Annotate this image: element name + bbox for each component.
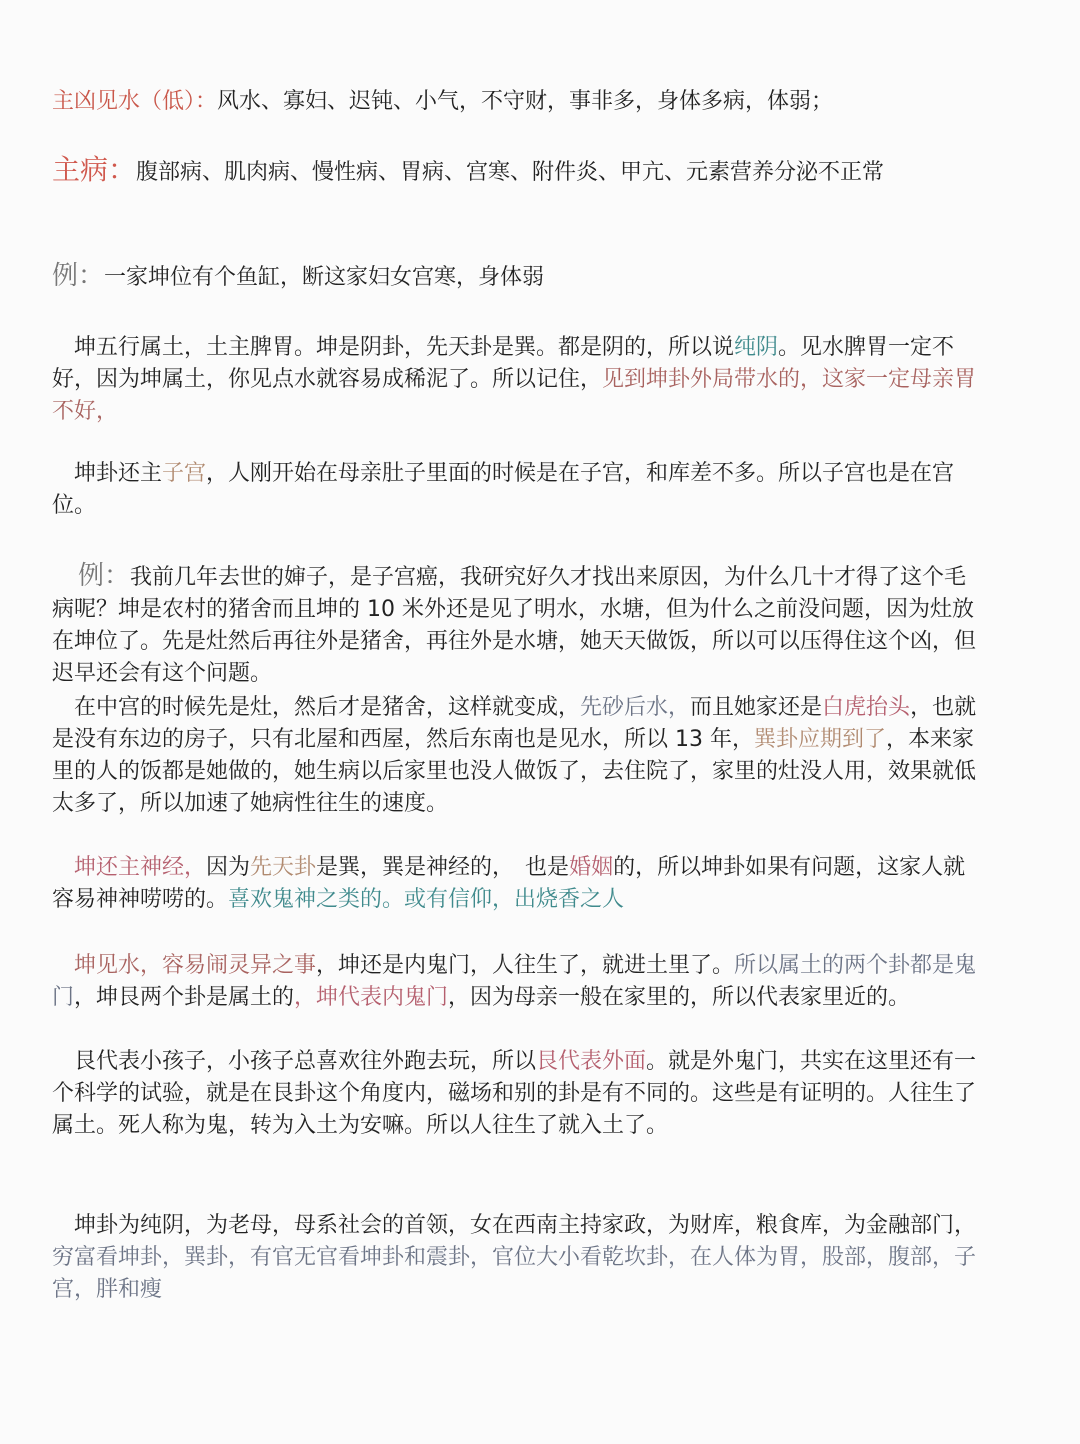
label-example: 例： [52, 561, 130, 591]
paragraph-kun-nerves: 坤还主神经，因为先天卦是巽，巽是神经的， 也是婚姻的，所以坤卦如果有问题，这家人… [52, 852, 982, 916]
label-example: 例： [52, 261, 104, 291]
paragraph-kun-womb: 坤卦还主子宫，人刚开始在母亲肚子里面的时候是在子宫，和库差不多。所以子宫也是在宫… [52, 458, 982, 522]
highlight-wealth-office: 穷富看坤卦，巽卦，有官无官看坤卦和震卦，官位大小看乾坎卦，在人体为胃，股部，腹部… [52, 1245, 976, 1302]
paragraph-kun-pure-yin: 坤卦为纯阴，为老母，母系社会的首领，女在西南主持家政，为财库，粮食库，为金融部门… [52, 1210, 982, 1306]
highlight-womb: 子宫 [162, 461, 206, 486]
text-seg: ，坤还是内鬼门，人往生了，就进土里了。 [316, 953, 734, 978]
text-seg: ，因为母亲一般在家里的，所以代表家里近的。 [448, 985, 910, 1010]
text-seg: 因为 [206, 855, 250, 880]
highlight-inner-ghost-gate: ，坤代表内鬼门 [294, 985, 448, 1010]
text-seg: 而且她家还是 [690, 695, 822, 720]
highlight-xun-period: 巽卦应期到了 [754, 727, 886, 752]
paragraph-main-misfortune: 主凶见水（低）：风水、寡妇、迟钝、小气，不守财，事非多，身体多病，体弱； [52, 86, 982, 118]
text-example-2: 我前几年去世的婶子，是子宫癌，我研究好久才找出来原因，为什么几十才得了这个毛病呢… [52, 565, 976, 686]
highlight-supernatural: 坤见水，容易闹灵异之事 [52, 953, 316, 978]
text-seg: 坤卦为纯阴，为老母，母系社会的首领，女在西南主持家政，为财库，粮食库，为金融部门… [52, 1213, 976, 1238]
highlight-sand-before-water: 先砂后水， [580, 695, 690, 720]
text-seg: 坤五行属土，土主脾胃。坤是阴卦，先天卦是巽。都是阴的，所以说 [52, 335, 734, 360]
label-main-disease: 主病： [52, 153, 136, 186]
highlight-gen-outside: 艮代表外面 [536, 1049, 646, 1074]
text-seg: 在中宫的时候先是灶，然后才是猪舍，这样就变成， [52, 695, 580, 720]
paragraph-gen-child: 艮代表小孩子，小孩子总喜欢往外跑去玩，所以艮代表外面。就是外鬼门，共实在这里还有… [52, 1046, 982, 1142]
paragraph-center-palace: 在中宫的时候先是灶，然后才是猪舍，这样就变成，先砂后水，而且她家还是白虎抬头，也… [52, 692, 982, 820]
text-seg: 是巽，巽是神经的， 也是 [316, 855, 569, 880]
label-main-misfortune: 主凶见水（低）： [52, 89, 217, 114]
highlight-prenatal-trigram: 先天卦 [250, 855, 316, 880]
paragraph-kun-earth: 坤五行属土，土主脾胃。坤是阴卦，先天卦是巽。都是阴的，所以说纯阴。见水脾胃一定不… [52, 332, 982, 428]
paragraph-example-1: 例：一家坤位有个鱼缸，断这家妇女宫寒，身体弱 [52, 260, 982, 294]
text-main-misfortune: 风水、寡妇、迟钝、小气，不守财，事非多，身体多病，体弱； [217, 89, 833, 114]
paragraph-ghost-gate: 坤见水，容易闹灵异之事，坤还是内鬼门，人往生了，就进土里了。所以属土的两个卦都是… [52, 950, 982, 1014]
text-seg: 坤卦还主 [52, 461, 162, 486]
highlight-white-tiger: 白虎抬头 [822, 695, 910, 720]
text-example-1: 一家坤位有个鱼缸，断这家妇女宫寒，身体弱 [104, 265, 544, 290]
highlight-marriage: 婚姻 [569, 855, 613, 880]
text-main-disease: 腹部病、肌肉病、慢性病、胃病、宫寒、附件炎、甲亢、元素营养分泌不正常 [136, 160, 884, 185]
text-seg: 艮代表小孩子，小孩子总喜欢往外跑去玩，所以 [52, 1049, 536, 1074]
document-page: 主凶见水（低）：风水、寡妇、迟钝、小气，不守财，事非多，身体多病，体弱； 主病：… [0, 0, 1080, 1444]
paragraph-example-2: 例：我前几年去世的婶子，是子宫癌，我研究好久才找出来原因，为什么几十才得了这个毛… [52, 560, 982, 690]
text-seg: ，坤艮两个卦是属土的 [74, 985, 294, 1010]
highlight-pure-yin: 纯阴 [734, 335, 778, 360]
highlight-ghosts-faith: 喜欢鬼神之类的。或有信仰，出烧香之人 [228, 887, 624, 912]
highlight-nerves: 坤还主神经， [52, 855, 206, 880]
paragraph-main-disease: 主病：腹部病、肌肉病、慢性病、胃病、宫寒、附件炎、甲亢、元素营养分泌不正常 [52, 154, 982, 189]
